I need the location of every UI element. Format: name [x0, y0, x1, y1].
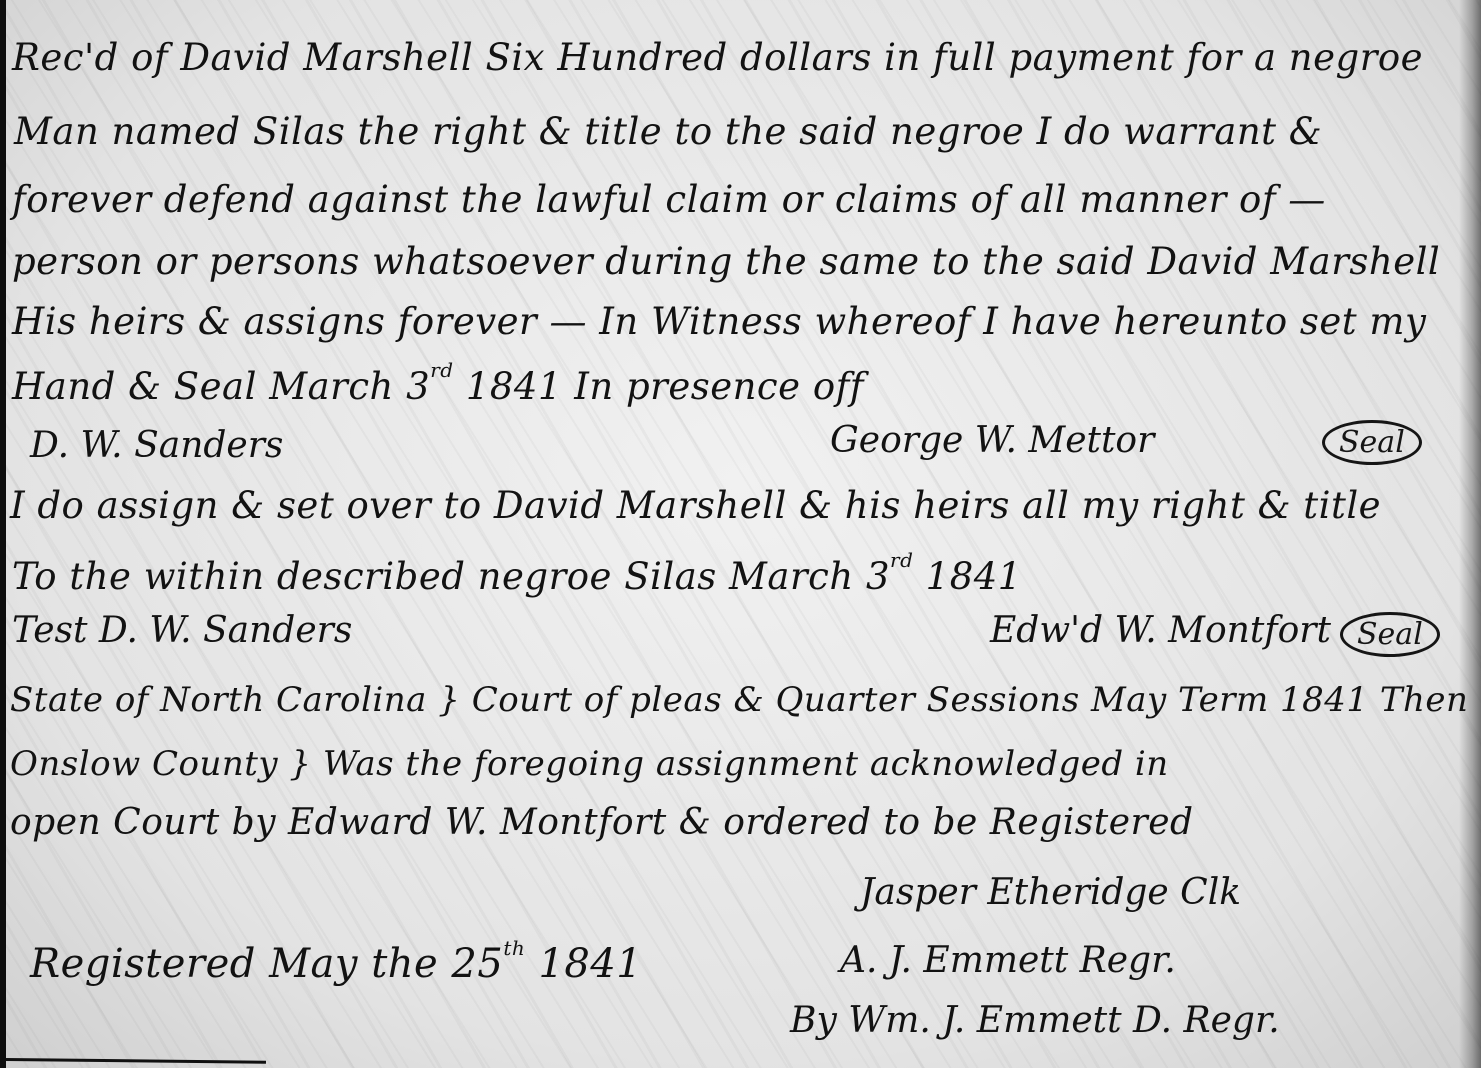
- body-line-5: His heirs & assigns forever — In Witness…: [12, 300, 1426, 343]
- body-line-3: forever defend against the lawful claim …: [12, 178, 1326, 221]
- witness-signature-2: Test D. W. Sanders: [12, 610, 352, 651]
- sale-date-suffix: 1841 In presence off: [454, 365, 864, 408]
- registered-prefix: Registered May the 25: [30, 941, 503, 987]
- bottom-rule: [6, 1058, 266, 1064]
- deputy-register-signature: By Wm. J. Emmett D. Regr.: [790, 1000, 1280, 1041]
- court-line-3: open Court by Edward W. Montfort & order…: [10, 802, 1194, 843]
- witness-signature-1: D. W. Sanders: [30, 425, 283, 466]
- assignment-date-ordinal: rd: [890, 548, 913, 572]
- assignor-signature: Edw'd W. Montfort: [990, 610, 1331, 651]
- assignment-line-2: To the within described negroe Silas Mar…: [12, 548, 1022, 598]
- body-line-4: person or persons whatsoever during the …: [12, 240, 1440, 283]
- seal-2: Seal: [1340, 612, 1440, 657]
- assignment-line-1: I do assign & set over to David Marshell…: [10, 484, 1381, 527]
- sale-date-prefix: Hand & Seal March 3: [12, 365, 430, 408]
- seller-signature: George W. Mettor: [830, 420, 1154, 461]
- registered-ordinal: th: [503, 936, 525, 960]
- body-line-2: Man named Silas the right & title to the…: [14, 110, 1322, 153]
- register-signature: A. J. Emmett Regr.: [840, 940, 1176, 981]
- registered-line: Registered May the 25th 1841: [30, 936, 642, 987]
- assignment-text: To the within described negroe Silas Mar…: [12, 555, 890, 598]
- document-scan: Rec'd of David Marshell Six Hundred doll…: [0, 0, 1481, 1068]
- body-line-1: Rec'd of David Marshell Six Hundred doll…: [12, 36, 1423, 79]
- scan-left-border: [0, 0, 6, 1068]
- clerk-signature: Jasper Etheridge Clk: [860, 872, 1241, 913]
- court-line-2: Onslow County } Was the foregoing assign…: [10, 744, 1169, 784]
- body-line-6-date: Hand & Seal March 3rd 1841 In presence o…: [12, 358, 864, 408]
- registered-suffix: 1841: [525, 941, 642, 987]
- scan-right-shadow: [1459, 0, 1481, 1068]
- sale-date-ordinal: rd: [430, 358, 453, 382]
- court-line-1: State of North Carolina } Court of pleas…: [10, 680, 1468, 720]
- seal-1: Seal: [1322, 420, 1422, 465]
- assignment-date-suffix: 1841: [913, 555, 1021, 598]
